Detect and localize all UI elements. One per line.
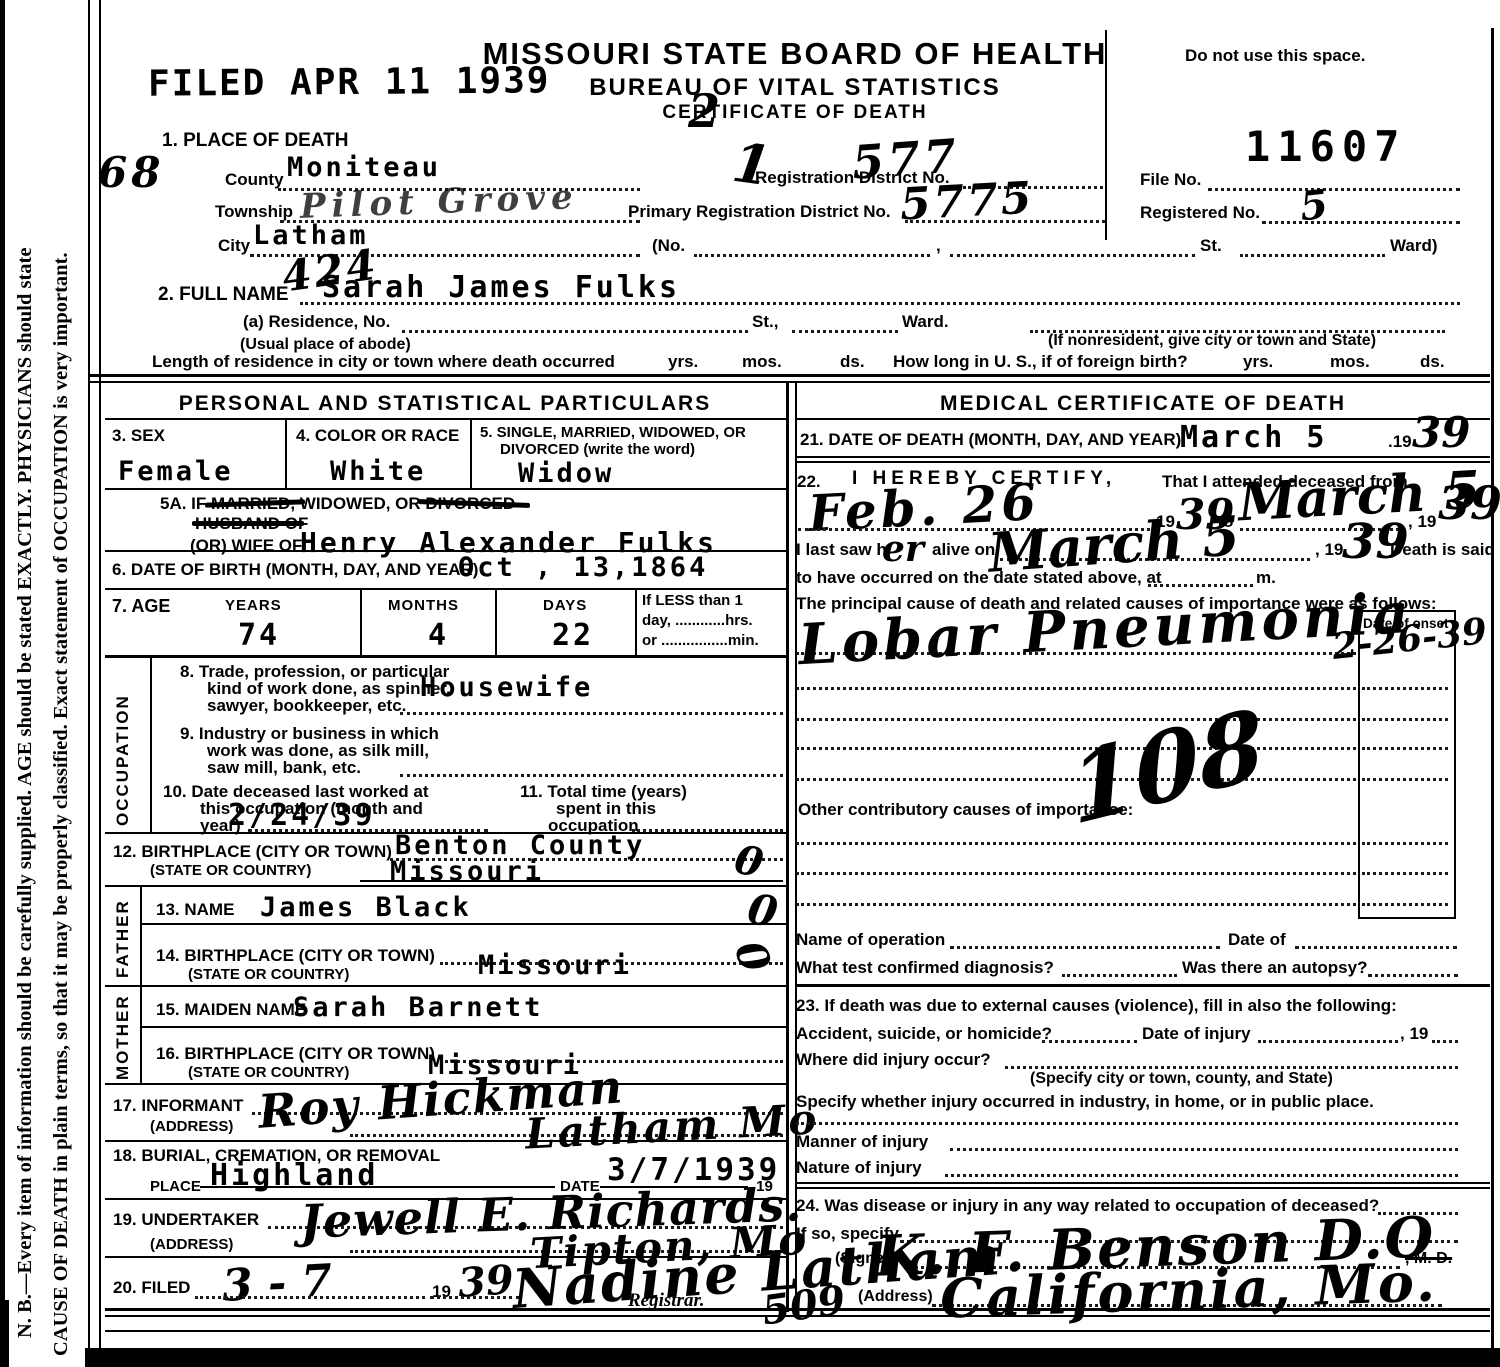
father-birthplace-sub: (STATE OR COUNTRY) [188,966,349,983]
manner-of-injury-label: Manner of injury [796,1132,928,1152]
onset-box-leader-6 [1362,872,1448,875]
accident-label: Accident, suicide, or homicide? [796,1024,1052,1044]
race-value: White [330,456,426,487]
father-name-label: 13. NAME [156,900,234,920]
county-label: County [225,170,284,190]
informant-bottom-rule [105,1140,786,1142]
handwritten-zero-2: 0 [744,884,781,937]
form-left-rule-inner [99,0,101,1348]
personal-section-title: PERSONAL AND STATISTICAL PARTICULARS [105,392,785,416]
race-label: 4. COLOR OR RACE [296,426,459,446]
onset-box-leader-3 [1362,747,1448,750]
trade-label-line3: sawyer, bookkeeper, etc. [207,696,406,716]
filed-year-value: 39 [456,1256,515,1307]
street-comma: , [936,236,941,256]
row21-rule-a [796,456,1490,458]
filed-19-label: 19 [432,1282,451,1302]
external-causes-label: 23. If death was due to external causes … [796,996,1397,1016]
registered-number-label: Registered No. [1140,203,1260,223]
howlong-yrs-label: yrs. [1243,352,1273,372]
row7-bottom-rule [105,655,786,658]
onset-box-leader-5 [1362,842,1448,845]
residence-leader [402,330,748,333]
cause-row-leader-6 [796,872,1356,875]
birthplace-state-value: Missouri [390,856,544,887]
file-number-label: File No. [1140,170,1201,190]
full-name-value: Sarah James Fulks [322,270,680,305]
test-bottom-rule [796,984,1490,987]
age-months-label: MONTHS [388,597,459,614]
age-divider-2 [495,588,497,655]
operation-date-leader [1295,946,1457,949]
sex-label: 3. SEX [112,426,165,446]
nonresident-note: (If nonresident, give city or town and S… [1048,332,1376,350]
mother-birthplace-label: 16. BIRTHPLACE (CITY OR TOWN) [156,1044,435,1064]
filed-day-value: 3 - 7 [221,1255,334,1312]
length-yrs-label: yrs. [668,352,698,372]
injury-19-leader [1432,1040,1458,1043]
place-of-death-title: 1. PLACE OF DEATH [162,130,349,152]
age-years-value: 74 [238,618,280,653]
handwritten-mark-509: 509 [759,1276,848,1334]
occurred-statement: to have occurred on the date stated abov… [796,568,1162,588]
primary-district-label: Primary Registration District No. [628,202,891,222]
father-name-value: James Black [260,892,472,923]
father-birthplace-value: Missouri [478,950,632,981]
right-title-rule [796,418,1490,420]
last-saw-label: I last saw h [796,540,887,560]
occupation-vertical-label: OCCUPATION [113,668,133,826]
operation-label: Name of operation [796,930,945,950]
date-of-birth-value: Oct , 13,1864 [458,552,708,583]
age-days-value: 22 [552,618,594,653]
less-than-day-line1: If LESS than 1 [642,592,743,609]
injury-19-label: , 19 [1400,1024,1428,1044]
test-leader [1062,974,1177,977]
form-left-rule-outer [88,0,90,1348]
undertaker-address-label: (ADDRESS) [150,1236,233,1253]
mother-maiden-value: Sarah Barnett [293,992,543,1023]
nature-of-injury-leader [945,1174,1458,1177]
residence-st-leader [792,330,898,333]
primary-district-value: 5775 [899,173,1036,231]
date-of-birth-label: 6. DATE OF BIRTH (MONTH, DAY, AND YEAR) [112,560,478,580]
age-months-value: 4 [428,618,449,653]
death-is-said-label: Death is said [1390,540,1495,560]
filed-leader-2 [430,1296,520,1299]
filed-label: 20. FILED [113,1278,190,1298]
full-name-label: 2. FULL NAME [158,284,289,306]
date-of-death-value: March 5 [1180,420,1327,455]
street-no-label: (No. [652,236,685,256]
autopsy-label: Was there an autopsy? [1182,958,1367,978]
last-saw-her: er [882,528,924,570]
burial-place-label: PLACE [150,1178,201,1195]
medical-section-title: MEDICAL CERTIFICATE OF DEATH [796,392,1490,416]
accident-leader [1042,1040,1137,1043]
injury-date-leader [1258,1040,1398,1043]
where-injury-label: Where did injury occur? [796,1050,991,1070]
certificate-subtitle: CERTIFICATE OF DEATH [470,102,1120,124]
injury-bottom-rule-a [796,1182,1490,1184]
last-worked-value: 2/24/39 [228,798,375,833]
cause-row-leader-2 [796,718,1356,721]
occurred-leader [1148,584,1253,587]
birthplace-sub-label: (STATE OR COUNTRY) [150,862,311,879]
marital-label-line1: 5. SINGLE, MARRIED, WIDOWED, OR [480,424,746,441]
test-label: What test confirmed diagnosis? [796,958,1054,978]
onset-box-leader-1 [1362,687,1448,690]
onset-box-leader-4 [1362,778,1448,781]
right-edge-line [1491,28,1494,1348]
age-days-label: DAYS [543,597,587,614]
do-not-use-label: Do not use this space. [1185,46,1365,66]
residence-st-label: St., [752,312,778,332]
registered-number-leader [1262,221,1460,224]
specify-city-note: (Specify city or town, county, and State… [1030,1070,1333,1088]
margin-note-line2: CAUSE OF DEATH in plain terms, so that i… [50,252,73,1356]
onset-box-leader-7 [1362,903,1448,906]
howlong-mos-label: mos. [1330,352,1370,372]
sex-value: Female [118,456,234,487]
death-19-label: .19 [1388,432,1412,452]
specify-industry-leader [796,1122,1458,1125]
left-edge-bar [0,0,5,1340]
howlong-ds-label: ds. [1420,352,1445,372]
strike-mark [192,521,304,526]
file-number-value: 11607 [1245,122,1406,171]
marital-label-line2: DIVORCED (write the word) [500,441,695,458]
age-divider-3 [635,588,637,655]
row6-bottom-rule [105,588,786,590]
injury-bottom-rule-b [796,1187,1490,1189]
row12-bottom-rule [105,885,786,887]
ward-label: Ward) [1390,236,1438,256]
length-ds-label: ds. [840,352,865,372]
lastsaw-19-label: , 19 [1315,540,1343,560]
street-no-leader [694,254,930,257]
city-label: City [218,236,250,256]
to-19-label: , 19 [1408,512,1436,532]
left-title-rule [105,418,786,420]
filed-leader [195,1296,425,1299]
ward-leader [1240,254,1385,257]
death-year-value: 39 [1412,408,1470,457]
residence-label: (a) Residence, No. [243,312,390,332]
specify-industry-label: Specify whether injury occurred in indus… [796,1092,1374,1112]
autopsy-leader [1368,974,1458,977]
undertaker-label: 19. UNDERTAKER [113,1210,259,1230]
mother-name-rule [140,1026,786,1028]
to-year-value: 39 [1438,476,1500,530]
onset-box-leader-2 [1362,718,1448,721]
informant-label: 17. INFORMANT [113,1096,243,1116]
burial-place-value: Highland [210,1158,379,1193]
sex-race-divider [285,418,287,488]
birthplace-state-rule [360,880,783,882]
where-injury-leader [1005,1066,1458,1069]
cause-row-leader-1 [796,687,1356,690]
operation-leader [950,946,1220,949]
trade-leader [400,712,783,715]
howlong-us-label: How long in U. S., if of foreign birth? [893,352,1188,372]
injury-date-label: Date of injury [1142,1024,1251,1044]
death-certificate-scan: N. B.—Every item of information should b… [0,0,1500,1367]
file-number-leader [1208,188,1460,191]
alive-on-label: alive on [932,540,995,560]
wife-of-label: (OR) WIFE OF [190,536,302,556]
industry-label-line3: saw mill, bank, etc. [207,758,361,778]
row345-bottom-rule [105,488,786,490]
mother-inner-divider [140,985,142,1083]
occupation-value: Housewife [420,672,593,703]
street-leader [950,254,1195,257]
township-label: Township [215,202,293,222]
age-years-label: YEARS [225,597,282,614]
residence-ward-label: Ward. [902,312,949,332]
margin-note-line1: N. B.—Every item of information should b… [14,248,37,1338]
occupation-inner-divider [150,655,152,832]
mother-birthplace-sub: (STATE OR COUNTRY) [188,1064,349,1081]
age-label: 7. AGE [112,596,170,617]
less-than-day-line3: or ................min. [642,632,759,649]
mother-maiden-label: 15. MAIDEN NAME [156,1000,306,1020]
street-st-label: St. [1200,236,1222,256]
occurred-m-label: m. [1256,568,1276,588]
father-vertical-label: FATHER [113,893,133,978]
age-divider-1 [360,588,362,655]
registered-number-value: 5 [1298,181,1331,231]
row21-rule-b [796,461,1490,463]
bureau-subtitle: BUREAU OF VITAL STATISTICS [470,74,1120,102]
board-title: MISSOURI STATE BOARD OF HEALTH [470,36,1120,72]
bottom-black-strip [85,1348,1500,1367]
length-mos-label: mos. [742,352,782,372]
father-inner-divider [140,885,142,985]
bottom-left-blot [0,1300,9,1367]
less-than-day-line2: day, ............hrs. [642,612,753,629]
manner-of-injury-leader [950,1148,1458,1151]
father-birthplace-label: 14. BIRTHPLACE (CITY OR TOWN) [156,946,435,966]
father-name-rule [140,923,786,925]
birthplace-label: 12. BIRTHPLACE (CITY OR TOWN) [113,842,392,862]
race-marital-divider [470,418,472,488]
mother-vertical-label: MOTHER [113,995,133,1080]
temperature-scrawl: 108 [1065,688,1269,847]
length-residence-label: Length of residence in city or town wher… [152,352,615,372]
operation-date-label: Date of [1228,930,1286,950]
industry-leader [400,774,783,777]
nature-of-injury-label: Nature of injury [796,1158,922,1178]
county-value: Moniteau [287,152,441,183]
handwritten-zero-3: 0 [725,934,781,978]
handwritten-mark-1: 1 [729,130,775,199]
marital-value: Widow [518,458,614,489]
informant-address-label: (ADDRESS) [150,1118,233,1135]
date-of-death-label: 21. DATE OF DEATH (MONTH, DAY, AND YEAR) [800,430,1181,450]
handwritten-mark-2: 2 [688,84,720,138]
cause-row-leader-7 [796,903,1356,906]
do-not-use-box-divider [1105,30,1107,240]
bottom-single-rule [105,1330,1490,1332]
father-bottom-rule [105,985,786,987]
handwritten-mark-68: 68 [98,148,164,197]
